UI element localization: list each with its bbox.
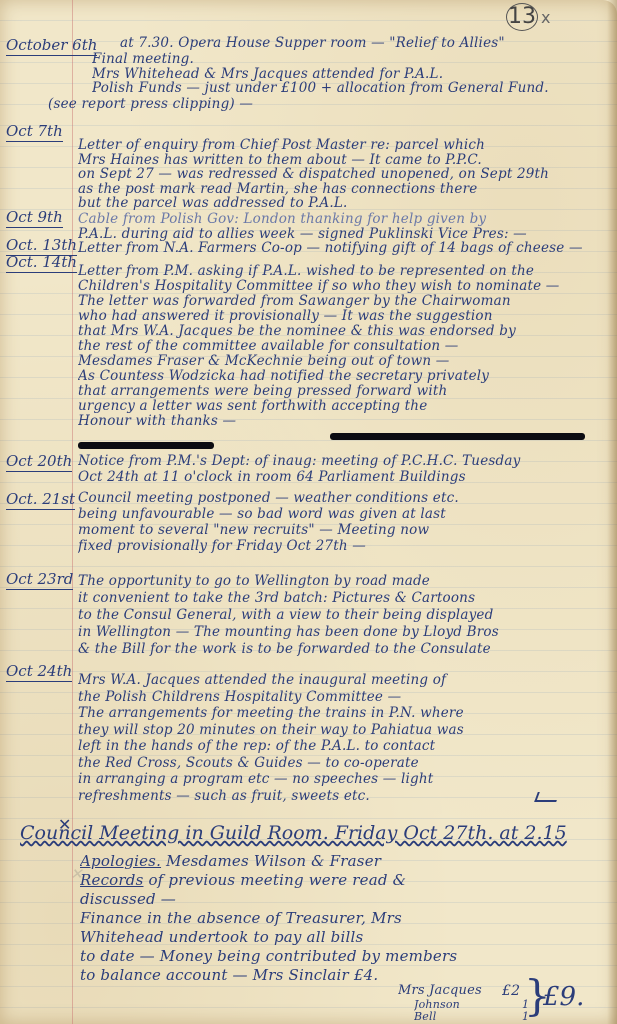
entry-oct-21: Council meeting postponed — weather cond… [78,490,605,554]
contributions-total: £9. [543,982,584,1012]
entry-line: The opportunity to go to Wellington by r… [78,573,605,590]
entry-date: Oct 7th [6,122,63,142]
entry-date: Oct 24th [6,662,72,682]
entry-line: The arrangements for meeting the trains … [78,705,605,722]
entry-line: Honour with thanks — [78,414,605,429]
entry-line: Final meeting. [92,52,605,67]
minute-text: of previous meeting were read & [143,871,406,889]
council-meeting-heading: Council Meeting in Guild Room. Friday Oc… [20,822,609,844]
entry-line: Mesdames Fraser & McKechnie being out of… [78,354,605,369]
entry-line: in Wellington — The mounting has been do… [78,624,605,641]
minute-line: Whitehead undertook to pay all bills [80,928,605,947]
entry-line: the rest of the committee available for … [78,339,605,354]
entry-line: they will stop 20 minutes on their way t… [78,722,605,739]
entry-oct-14: Letter from P.M. asking if P.A.L. wished… [78,264,605,429]
minute-text: Mesdames Wilson & Fraser [161,852,381,870]
council-meeting-body: Apologies. Mesdames Wilson & Fraser Reco… [80,852,605,985]
entry-date: Oct 9th [6,208,63,228]
entry-line: The letter was forwarded from Sawanger b… [78,294,605,309]
minute-line: discussed — [80,890,605,909]
entry-oct-23: The opportunity to go to Wellington by r… [78,573,605,658]
entry-oct-6-note: (see report press clipping) — [48,97,605,112]
contribution-name: Bell [414,1010,436,1024]
entry-line: the Red Cross, Scouts & Guides — to co-o… [78,755,605,772]
entry-oct-7: Letter of enquiry from Chief Post Master… [78,138,605,211]
minute-label: Apologies. [80,852,161,870]
minute-line: Finance in the absence of Treasurer, Mrs [80,909,605,928]
entry-oct-20: Notice from P.M.'s Dept: of inaug: meeti… [78,453,605,485]
entry-line: refreshments — such as fruit, sweets etc… [78,788,605,805]
entry-line: Letter from P.M. asking if P.A.L. wished… [78,264,605,279]
entry-line: as the post mark read Martin, she has co… [78,182,605,197]
entry-line: moment to several "new recruits" — Meeti… [78,522,605,538]
entry-oct-13: Letter from N.A. Farmers Co-op — notifyi… [78,241,605,256]
entry-line: the Polish Childrens Hospitality Committ… [78,689,605,706]
entry-line: left in the hands of the rep: of the P.A… [78,738,605,755]
entry-line: urgency a letter was sent forthwith acce… [78,399,605,414]
entry-line: fixed provisionally for Friday Oct 27th … [78,538,605,554]
entry-line: As Countess Wodzicka had notified the se… [78,369,605,384]
entry-line: Polish Funds — just under £100 + allocat… [92,81,605,96]
minute-line: Apologies. Mesdames Wilson & Fraser [80,852,605,871]
entry-date: Oct 23rd [6,570,73,590]
entry-line: Mrs Haines has written to them about — I… [78,153,605,168]
entry-oct-6: at 7.30. Opera House Supper room — "Reli… [120,36,605,51]
entry-line: Council meeting postponed — weather cond… [78,490,605,506]
minute-line: to date — Money being contributed by mem… [80,947,605,966]
manuscript-page: 13 x October 6th at 7.30. Opera House Su… [0,0,617,1024]
entry-line: P.A.L. during aid to allies week — signe… [78,227,605,242]
entry-line: being unfavourable — so bad word was giv… [78,506,605,522]
entry-line: to the Consul General, with a view to th… [78,607,605,624]
entry-line: that Mrs W.A. Jacques be the nominee & t… [78,324,605,339]
minute-line: to balance account — Mrs Sinclair £4. [80,966,400,985]
minute-line: Records of previous meeting were read & [80,871,605,890]
entry-line: & the Bill for the work is to be forward… [78,641,605,658]
entry-oct-6-body: Final meeting. Mrs Whitehead & Mrs Jacqu… [92,52,605,96]
entry-date: October 6th [6,36,97,56]
entry-line: Letter from N.A. Farmers Co-op — notifyi… [78,241,605,256]
check-mark-icon [534,792,560,802]
entry-line: Letter of enquiry from Chief Post Master… [78,138,605,153]
entry-line: Mrs W.A. Jacques attended the inaugural … [78,672,605,689]
page-mark: x [541,8,550,27]
entry-line: Mrs Whitehead & Mrs Jacques attended for… [92,67,605,82]
entry-line: Cable from Polish Gov: London thanking f… [78,212,605,227]
redaction-bar [78,442,214,449]
page-number: 13 [506,3,538,31]
minute-label: Records [80,871,143,889]
entry-line: it convenient to take the 3rd batch: Pic… [78,590,605,607]
entry-line: on Sept 27 — was redressed & dispatched … [78,167,605,182]
entry-line: in arranging a program etc — no speeches… [78,771,605,788]
entry-oct-24: Mrs W.A. Jacques attended the inaugural … [78,672,605,804]
entry-date: Oct. 14th [6,253,77,273]
entry-date: Oct 20th [6,452,72,472]
entry-line: who had answered it provisionally — It w… [78,309,605,324]
redaction-bar [330,433,585,440]
entry-line: (see report press clipping) — [48,97,605,112]
entry-line: but the parcel was addressed to P.A.L. [78,196,605,211]
page-edge-shadow [607,0,617,1024]
contribution-amount: £2 [502,984,520,999]
entry-line: Children's Hospitality Committee if so w… [78,279,605,294]
entry-date: Oct. 21st [6,490,75,510]
entry-line: that arrangements were being pressed for… [78,384,605,399]
entry-line: at 7.30. Opera House Supper room — "Reli… [120,36,605,51]
entry-oct-9: Cable from Polish Gov: London thanking f… [78,212,605,241]
entry-line: Oct 24th at 11 o'clock in room 64 Parlia… [78,469,605,485]
entry-line: Notice from P.M.'s Dept: of inaug: meeti… [78,453,605,469]
